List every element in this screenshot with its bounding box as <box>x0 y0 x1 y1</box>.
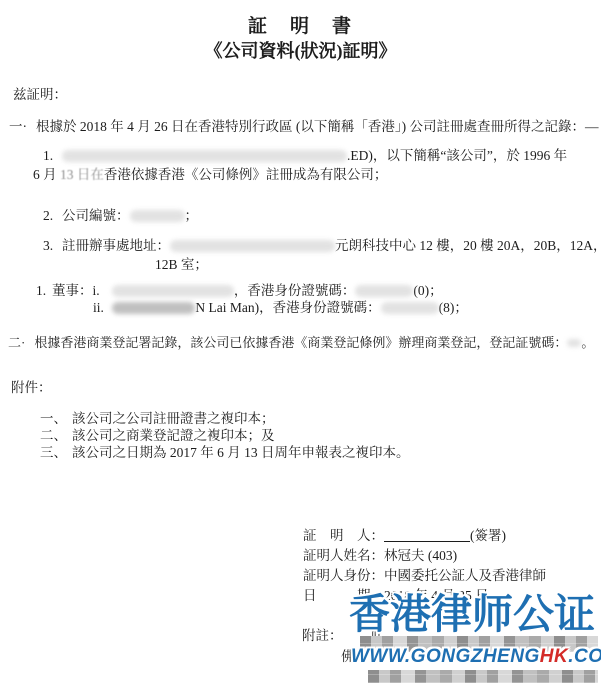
incorporation-date-faded: 13 日在 <box>60 167 104 182</box>
document-title: 証 明 書 <box>0 18 601 36</box>
redacted-director-i-id <box>355 285 413 297</box>
incorporation-text: 香港依據香港《公司條例》註冊成為有限公司； <box>104 167 388 182</box>
attachment-2-marker: 二、 <box>40 427 72 445</box>
director-ii-visible: N Lai Man)，香港身份證號碼： <box>195 300 380 315</box>
company-number-line: 2.公司編號：； <box>43 207 198 225</box>
redacted-director-ii-name <box>112 302 195 314</box>
certifier-name-value: 林冠夫 (403) <box>384 548 457 563</box>
item-number: 3. <box>43 237 62 255</box>
watermark-brand-text: 香港律师公证 <box>349 592 595 636</box>
director-ii-end: (8)； <box>439 300 468 315</box>
redacted-br-number <box>567 339 581 347</box>
address-label: 註冊辦事處地址： <box>62 238 170 253</box>
company-name-tail: .ED)，以下簡稱“該公司”，於 1996 年 <box>347 148 567 163</box>
address-line2: 12B 室； <box>155 256 208 274</box>
redacted-company-number <box>130 210 185 222</box>
item-number: 1. <box>43 147 62 165</box>
attachments-heading: 附件： <box>11 379 52 397</box>
company-number-end: ； <box>185 208 199 223</box>
director-i-end: (0)； <box>413 283 442 298</box>
attachment-item: 二、該公司之商業登記證之複印本；及 <box>40 427 275 445</box>
section-2: 二·根據香港商業登記署記錄，該公司已依據香港《商業登記條例》辦理商業登記，登記証… <box>8 334 594 352</box>
watermark-url-suffix: .COM <box>568 646 601 667</box>
director-i-line: 1.董事：i. ，香港身份證號碼：(0)； <box>36 282 443 300</box>
company-name-line: 1..ED)，以下簡稱“該公司”，於 1996 年 <box>43 147 567 165</box>
redacted-company-name <box>62 150 347 162</box>
watermark-url-hk: HK <box>540 646 568 667</box>
certifier-label: 証 明 人： <box>303 528 384 543</box>
attachment-item: 三、該公司之日期為 2017 年 6 月 13 日周年申報表之複印本。 <box>40 444 410 462</box>
company-number-label: 公司編號： <box>62 208 130 223</box>
signature-blank-line <box>384 529 470 542</box>
section-2-end: 。 <box>581 335 594 350</box>
redacted-director-i-name <box>112 285 234 297</box>
document-subtitle: 《公司資料(狀況)証明》 <box>0 42 601 60</box>
redacted-director-ii-id <box>381 302 439 314</box>
attachment-2-text: 該公司之商業登記證之複印本；及 <box>72 428 275 443</box>
certifier-identity-row: 証明人身份：中國委托公証人及香港律師 <box>303 567 546 585</box>
certifier-name-label: 証明人姓名： <box>303 548 384 563</box>
section-1-marker: 一· <box>9 118 27 136</box>
company-name-line2: 6 月 13 日在香港依據香港《公司條例》註冊成為有限公司； <box>33 166 387 184</box>
certifier-identity-value: 中國委托公証人及香港律師 <box>384 568 546 583</box>
certifier-name-row: 証明人姓名：林冠夫 (403) <box>303 547 457 565</box>
director-ii-line: ii. N Lai Man)，香港身份證號碼：(8)； <box>93 299 468 317</box>
section-2-marker: 二· <box>8 334 25 352</box>
watermark-url-prefix: WWW.GONGZHENG <box>351 646 540 667</box>
section-2-text: 根據香港商業登記署記錄，該公司已依據香港《商業登記條例》辦理商業登記，登記証號碼… <box>34 335 567 350</box>
section-1: 一·根據於 2018 年 4 月 26 日在香港特別行政區 (以下簡稱「香港」)… <box>9 118 599 136</box>
roman-ii: ii. <box>93 299 109 317</box>
roman-i: i. <box>93 282 109 300</box>
certifier-row: 証 明 人：(簽署) <box>303 527 506 545</box>
certificate-document: 証 明 書 《公司資料(狀況)証明》 兹証明： 一·根據於 2018 年 4 月… <box>0 0 601 688</box>
watermark-url: WWW.GONGZHENGHK.COM <box>351 646 601 667</box>
attachment-1-marker: 一、 <box>40 410 72 428</box>
attachment-item: 一、該公司之公司註冊證書之複印本； <box>40 410 275 428</box>
director-i-id-label: ，香港身份證號碼： <box>234 283 356 298</box>
sign-note: (簽署) <box>470 528 506 543</box>
directors-label: 董事： <box>52 283 93 298</box>
address-tail: 元朗科技中心 12 樓，20 樓 20A，20B，12A， <box>335 238 601 253</box>
mosaic-redaction-strip <box>368 670 598 683</box>
attachment-3-marker: 三、 <box>40 444 72 462</box>
address-line: 3.註冊辦事處地址：元朗科技中心 12 樓，20 樓 20A，20B，12A， <box>43 237 601 255</box>
section-1-text: 根據於 2018 年 4 月 26 日在香港特別行政區 (以下簡稱「香港」) 公… <box>36 119 599 134</box>
item-number: 1. <box>36 282 52 300</box>
intro-text: 兹証明： <box>13 86 67 104</box>
certifier-identity-label: 証明人身份： <box>303 568 384 583</box>
incorporation-date-pre: 6 月 <box>33 167 60 182</box>
attachment-1-text: 該公司之公司註冊證書之複印本； <box>72 411 275 426</box>
attachment-3-text: 該公司之日期為 2017 年 6 月 13 日周年申報表之複印本。 <box>72 445 410 460</box>
note-label: 附註： <box>302 628 343 643</box>
item-number: 2. <box>43 207 62 225</box>
redacted-address <box>170 240 335 252</box>
